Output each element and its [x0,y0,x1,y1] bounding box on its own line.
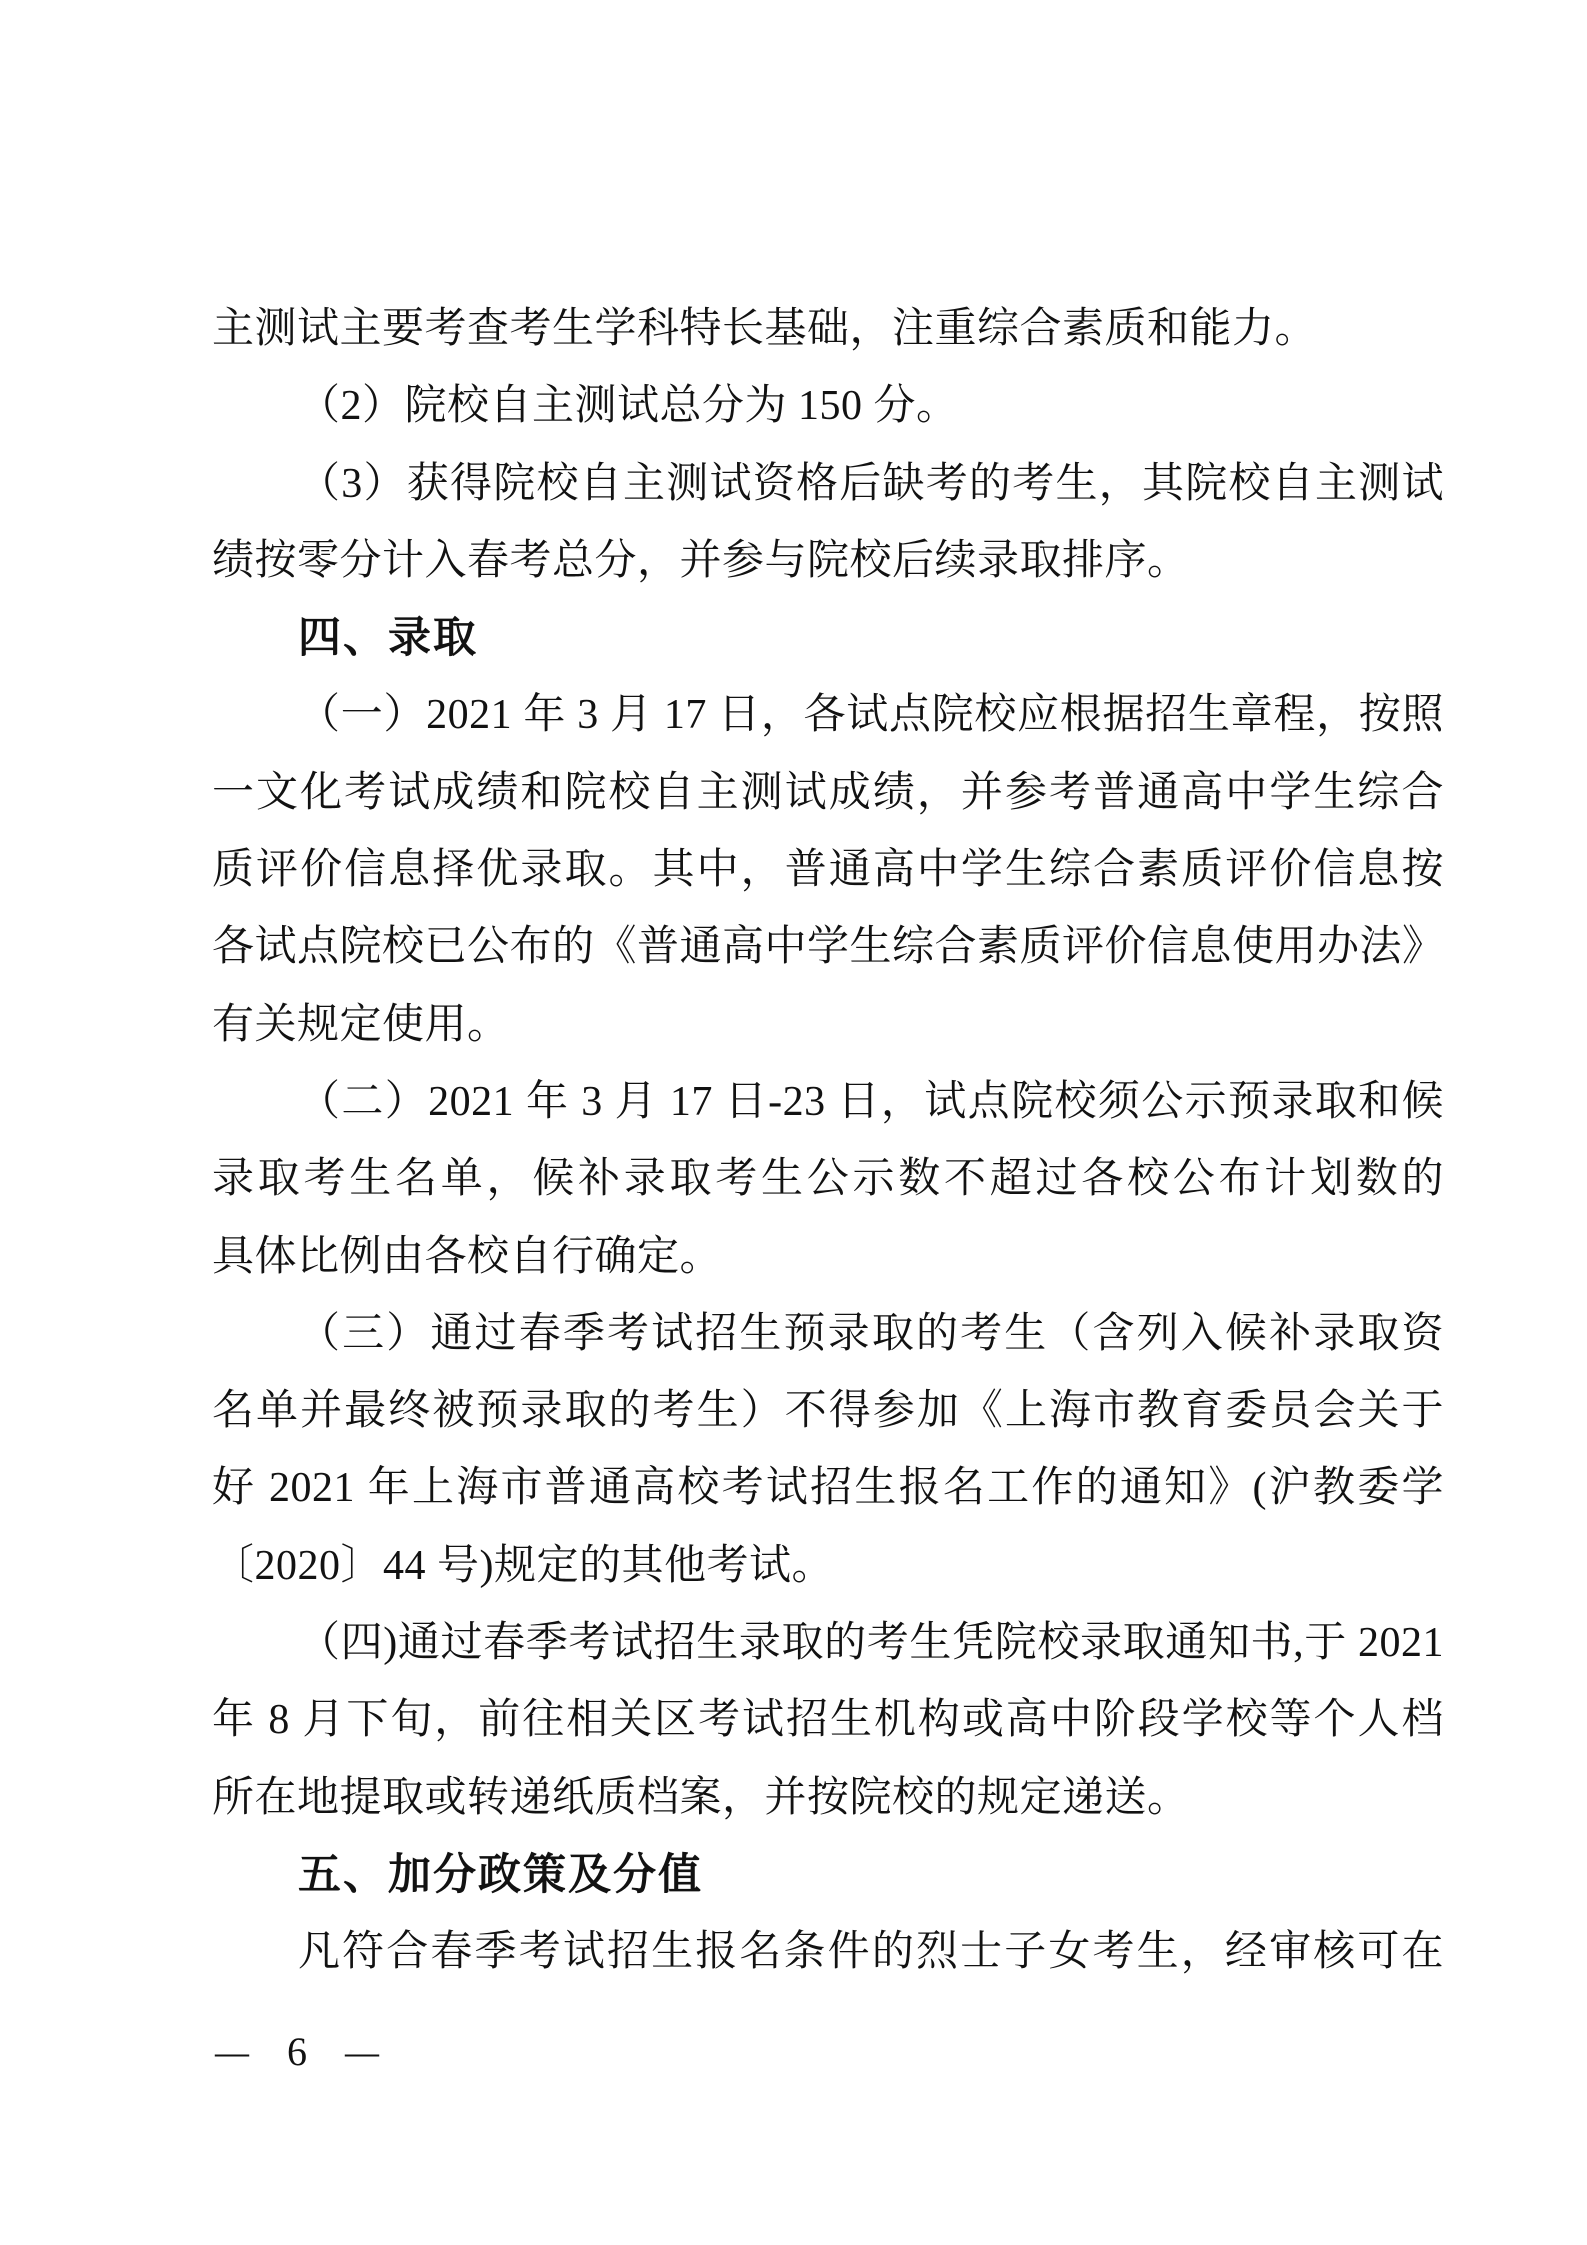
text-line: 录取考生名单，候补录取考生公示数不超过各校公布计划数的 50%， [212,1141,1444,1218]
text-line: （2）院校自主测试总分为 150 分。 [212,368,1444,445]
footer-dash-left: — [215,2026,249,2078]
text-line: 质评价信息择优录取。其中，普通高中学生综合素质评价信息按照 [212,832,1444,909]
text-line: （三）通过春季考试招生预录取的考生（含列入候补录取资格 [212,1296,1444,1373]
text-line: 好 2021 年上海市普通高校考试招生报名工作的通知》(沪教委学 [212,1450,1444,1527]
text-line: 年 8 月下旬，前往相关区考试招生机构或高中阶段学校等个人档案 [212,1682,1444,1759]
page-footer: — 6 — [212,2026,382,2078]
text-line: 具体比例由各校自行确定。 [212,1219,1444,1296]
text-line: 所在地提取或转递纸质档案，并按院校的规定递送。 [212,1760,1444,1837]
text-line: 主测试主要考查考生学科特长基础，注重综合素质和能力。 [212,291,1444,368]
text-line: 绩按零分计入春考总分，并参与院校后续录取排序。 [212,523,1444,600]
text-line: 名单并最终被预录取的考生）不得参加《上海市教育委员会关于做 [212,1373,1444,1450]
text-line: 一文化考试成绩和院校自主测试成绩，并参考普通高中学生综合素 [212,755,1444,832]
section-heading-5: 五、加分政策及分值 [212,1837,1444,1914]
document-page: 主测试主要考查考生学科特长基础，注重综合素质和能力。 （2）院校自主测试总分为 … [0,0,1587,2245]
document-body: 主测试主要考查考生学科特长基础，注重综合素质和能力。 （2）院校自主测试总分为 … [212,291,1444,1992]
text-line: （一）2021 年 3 月 17 日，各试点院校应根据招生章程，按照统 [212,677,1444,754]
text-line: （二）2021 年 3 月 17 日-23 日，试点院校须公示预录取和候补 [212,1064,1444,1141]
text-line: （3）获得院校自主测试资格后缺考的考生，其院校自主测试成 [212,446,1444,523]
page-number: 6 [287,2026,307,2078]
text-line: 有关规定使用。 [212,987,1444,1064]
text-line: 〔2020〕44 号)规定的其他考试。 [212,1528,1444,1605]
footer-dash-right: — [345,2026,379,2078]
text-line: 各试点院校已公布的《普通高中学生综合素质评价信息使用办法》 [212,909,1444,986]
text-line: 凡符合春季考试招生报名条件的烈士子女考生，经审核可在原 [212,1914,1444,1991]
text-line: （四)通过春季考试招生录取的考生凭院校录取通知书,于 2021 [212,1605,1444,1682]
section-heading-4: 四、录取 [212,600,1444,677]
